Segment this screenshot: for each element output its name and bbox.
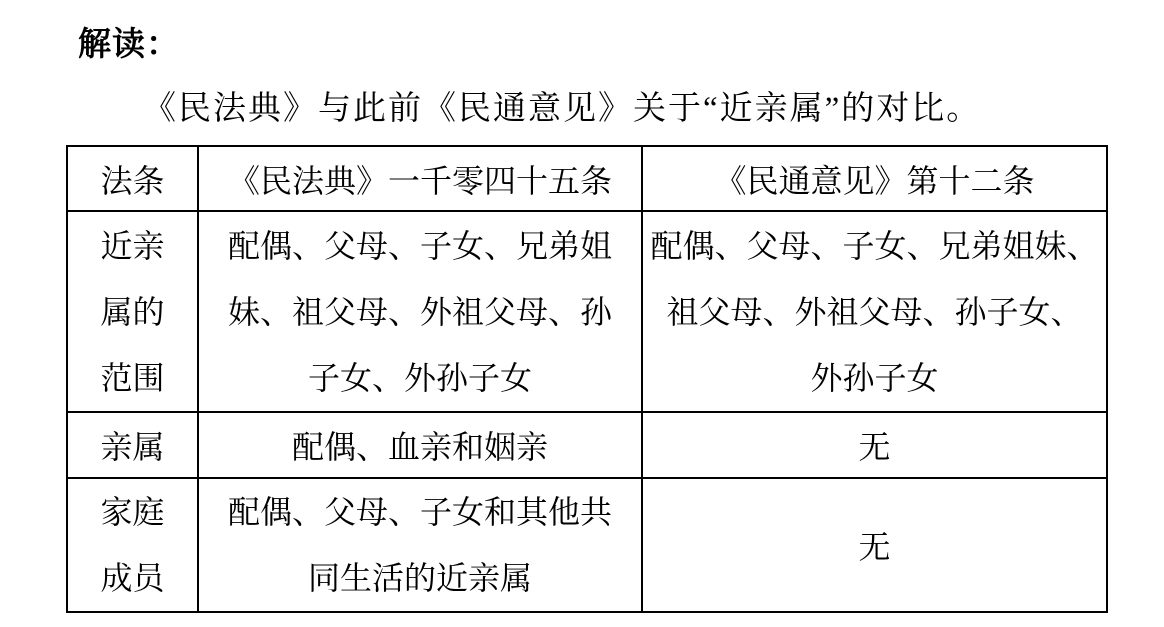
cell-line: 外孙子女 bbox=[643, 345, 1106, 411]
cell-line: 妹、祖父母、外祖父母、孙 bbox=[199, 279, 641, 345]
cell-line: 子女、外孙子女 bbox=[199, 345, 641, 411]
cell-family-minfadian: 配偶、父母、子女和其他共 同生活的近亲属 bbox=[198, 478, 642, 612]
cell-relative-mintongyijian: 无 bbox=[642, 412, 1107, 478]
cell-line: 成员 bbox=[68, 545, 197, 611]
header-cell-minfadian: 《民法典》一千零四十五条 bbox=[198, 146, 642, 211]
cell-relative-minfadian: 配偶、血亲和姻亲 bbox=[198, 412, 642, 478]
table-row-family: 家庭 成员 配偶、父母、子女和其他共 同生活的近亲属 无 bbox=[67, 478, 1107, 612]
cell-line: 祖父母、外祖父母、孙子女、 bbox=[643, 279, 1106, 345]
cell-family-mintongyijian: 无 bbox=[642, 478, 1107, 612]
cell-line: 同生活的近亲属 bbox=[199, 545, 641, 611]
intro-paragraph: 《民法典》与此前《民通意见》关于“近亲属”的对比。 bbox=[143, 82, 981, 129]
cell-line: 配偶、父母、子女、兄弟姐 bbox=[199, 213, 641, 279]
cell-line: 属的 bbox=[68, 279, 197, 345]
cell-scope-minfadian: 配偶、父母、子女、兄弟姐 妹、祖父母、外祖父母、孙 子女、外孙子女 bbox=[198, 211, 642, 412]
cell-line: 近亲 bbox=[68, 213, 197, 279]
cell-line: 范围 bbox=[68, 345, 197, 411]
cell-scope-mintongyijian: 配偶、父母、子女、兄弟姐妹、 祖父母、外祖父母、孙子女、 外孙子女 bbox=[642, 211, 1107, 412]
cell-relative-label: 亲属 bbox=[67, 412, 198, 478]
cell-line: 配偶、父母、子女、兄弟姐妹、 bbox=[643, 213, 1106, 279]
cell-line: 家庭 bbox=[68, 479, 197, 545]
comparison-table: 法条 《民法典》一千零四十五条 《民通意见》第十二条 近亲 属的 范围 配偶、父… bbox=[66, 145, 1108, 613]
header-cell-law: 法条 bbox=[67, 146, 198, 211]
cell-line: 配偶、父母、子女和其他共 bbox=[199, 479, 641, 545]
cell-scope-label: 近亲 属的 范围 bbox=[67, 211, 198, 412]
cell-family-label: 家庭 成员 bbox=[67, 478, 198, 612]
section-heading: 解读： bbox=[78, 18, 180, 65]
header-cell-mintongyijian: 《民通意见》第十二条 bbox=[642, 146, 1107, 211]
table-header-row: 法条 《民法典》一千零四十五条 《民通意见》第十二条 bbox=[67, 146, 1107, 211]
table-row-scope: 近亲 属的 范围 配偶、父母、子女、兄弟姐 妹、祖父母、外祖父母、孙 子女、外孙… bbox=[67, 211, 1107, 412]
table-row-relative: 亲属 配偶、血亲和姻亲 无 bbox=[67, 412, 1107, 478]
